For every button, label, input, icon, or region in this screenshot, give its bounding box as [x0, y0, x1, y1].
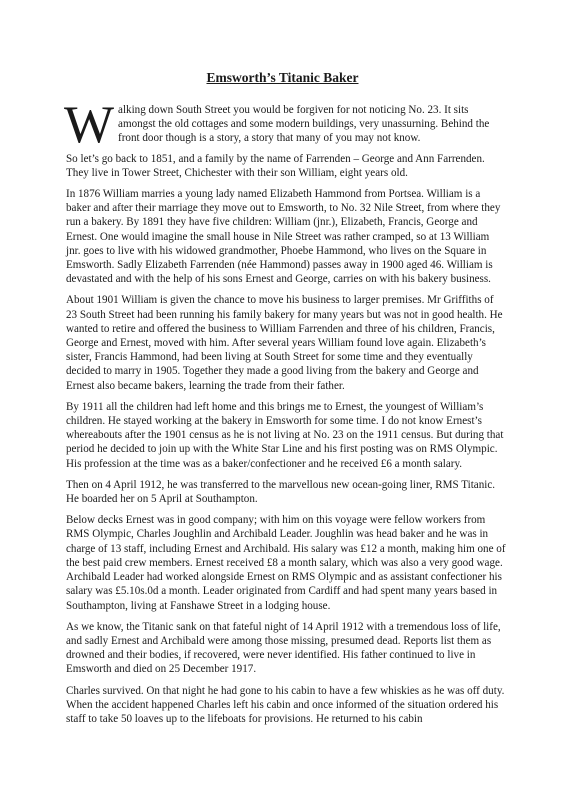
intro-paragraph: W alking down South Street you would be …	[66, 103, 506, 146]
paragraph-1876: In 1876 William marries a young lady nam…	[66, 187, 506, 286]
paragraph-1911: By 1911 all the children had left home a…	[66, 400, 506, 471]
paragraph-1851: So let’s go back to 1851, and a family b…	[66, 152, 506, 180]
document-page: Emsworth’s Titanic Baker W alking down S…	[0, 0, 565, 800]
paragraph-1901: About 1901 William is given the chance t…	[66, 293, 506, 392]
paragraph-sinking: As we know, the Titanic sank on that fat…	[66, 620, 506, 677]
paragraph-below-decks: Below decks Ernest was in good company; …	[66, 513, 506, 612]
intro-text: alking down South Street you would be fo…	[118, 104, 489, 144]
drop-cap: W	[64, 104, 114, 146]
paragraph-1912-transfer: Then on 4 April 1912, he was transferred…	[66, 478, 506, 506]
document-title: Emsworth’s Titanic Baker	[0, 70, 565, 86]
paragraph-charles-survived: Charles survived. On that night he had g…	[66, 684, 506, 727]
document-body: W alking down South Street you would be …	[66, 103, 506, 733]
